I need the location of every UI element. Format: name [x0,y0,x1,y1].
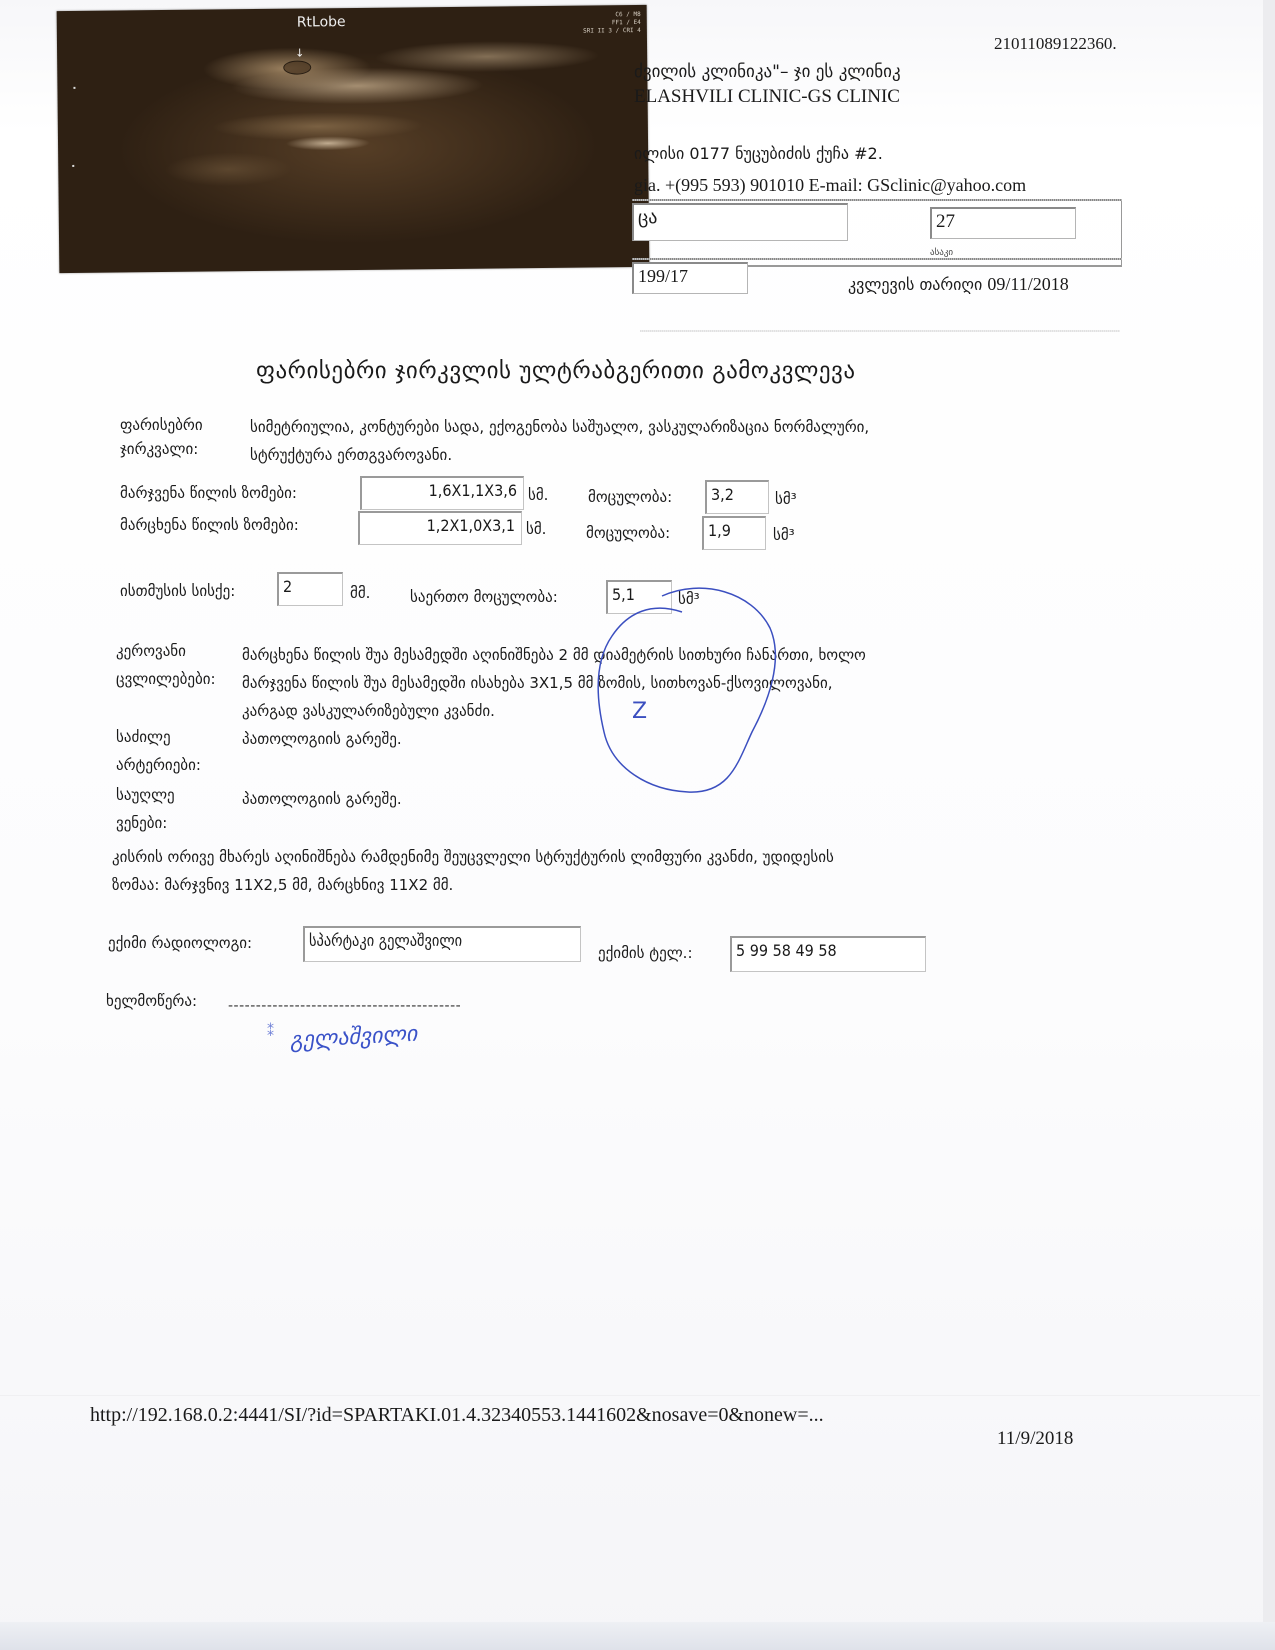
ultrasound-meta: C6 / M8 FF1 / E4 SRI II 3 / CRI 4 [583,11,641,36]
clinic-contact: gia. +(995 593) 901010 E-mail: GSclinic@… [634,175,1026,196]
jugular-text: პათოლოგიის გარეშე. [242,790,402,808]
right-lobe-dimensions: 1,6X1,1X3,6 [360,476,524,510]
right-lobe-dimensions-unit: სმ. [528,486,548,504]
right-lobe-label: მარჯვენა წილის ზომები: [120,484,297,502]
exam-date: კვლევის თარიღი 09/11/2018 [848,274,1069,295]
scanned-report-page: RtLobe ↓ C6 / M8 FF1 / E4 SRI II 3 / CRI… [0,0,1275,1650]
focal-changes-text: კარგად ვასკულარიზებული კვანძი. [242,702,495,720]
thyroid-label: ფარისებრი [120,416,203,434]
ultrasound-label: RtLobe [297,14,346,31]
left-lobe-volume: 1,9 [702,516,766,550]
nodule-marker [283,60,311,74]
card-number-field: 199/17 [632,262,748,294]
lymph-nodes-text: კისრის ორივე მხარეს აღინიშნება რამდენიმე… [112,848,834,866]
signature-mark: ⁑ [267,1024,274,1040]
clinic-address: ილისი 0177 ნუცუბიძის ქუჩა #2. [634,144,883,163]
isthmus-label: ისთმუსის სისქე: [120,582,235,600]
patient-age-field: 27 [930,207,1076,239]
lymph-nodes-text: ზომაა: მარჯვნივ 11X2,5 მმ, მარცხნივ 11X2… [112,876,453,894]
document-number: 21011089122360. [994,34,1117,54]
pen-mark: Z [632,699,647,724]
left-lobe-dimensions-unit: სმ. [526,520,546,538]
doctor-phone-label: ექიმის ტელ.: [598,944,693,962]
right-lobe-volume-unit: სმ³ [775,490,797,508]
scale-dot [73,87,75,89]
age-label: ასაკი [930,248,953,258]
divider [640,330,1120,332]
ultrasound-image: RtLobe ↓ C6 / M8 FF1 / E4 SRI II 3 / CRI… [57,5,650,273]
left-lobe-dimensions: 1,2X1,0X3,1 [358,511,522,545]
exam-date-value: 09/11/2018 [987,274,1068,294]
carotid-text: პათოლოგიის გარეშე. [242,730,402,748]
left-lobe-label: მარცხენა წილის ზომები: [120,516,299,534]
thyroid-description: სიმეტრიულია, კონტურები სადა, ექოგენობა ს… [250,418,869,436]
scan-artifact [0,1395,1260,1396]
clinic-name-en: ELASHVILI CLINIC-GS CLINIC [634,86,900,108]
exam-date-label: კვლევის თარიღი [848,275,982,294]
carotid-label: საძილე [116,728,171,746]
report-title: ფარისებრი ჯირკვლის ულტრაბგერითი გამოკვლე… [256,358,856,384]
pen-circle-annotation: Z [592,582,780,796]
focal-changes-label: ცვლილებები: [116,670,216,688]
left-lobe-volume-label: მოცულობა: [586,524,670,542]
radiologist-label: ექიმი რადიოლოგი: [108,934,252,952]
page-edge [1263,0,1275,1650]
jugular-label: ვენები: [116,814,167,832]
signature-line: ----------------------------------------… [228,998,461,1014]
radiologist-name: სპარტაკი გელაშვილი [303,926,581,962]
isthmus-unit: მმ. [350,584,370,602]
scale-dot [72,165,74,167]
footer-url: http://192.168.0.2:4441/SI/?id=SPARTAKI.… [90,1404,824,1427]
thyroid-description: სტრუქტურა ერთგვაროვანი. [250,446,452,464]
right-lobe-volume: 3,2 [705,480,769,514]
right-lobe-volume-label: მოცულობა: [588,488,672,506]
divider [632,258,1122,260]
arrow-down-icon: ↓ [295,47,304,60]
focal-changes-label: კეროვანი [116,642,186,660]
total-volume-label: საერთო მოცულობა: [410,588,558,606]
left-lobe-volume-unit: სმ³ [773,526,795,544]
clinic-name-ka: ძვილის კლინიკა"– ჯი ეს კლინიკ [634,62,901,82]
isthmus-thickness: 2 [277,572,343,606]
carotid-label: არტერიები: [116,756,201,774]
handwritten-signature: გელაშვილი [289,1022,418,1054]
thyroid-label: ჯირკვალი: [120,440,198,458]
jugular-label: საუღლე [116,786,175,804]
patient-name-field: ცა [632,203,848,241]
signature-label: ხელმოწერა: [106,992,197,1010]
footer-date: 11/9/2018 [997,1428,1073,1450]
divider [632,199,1122,201]
page-edge [0,1622,1275,1650]
doctor-phone: 5 99 58 49 58 [730,936,926,972]
